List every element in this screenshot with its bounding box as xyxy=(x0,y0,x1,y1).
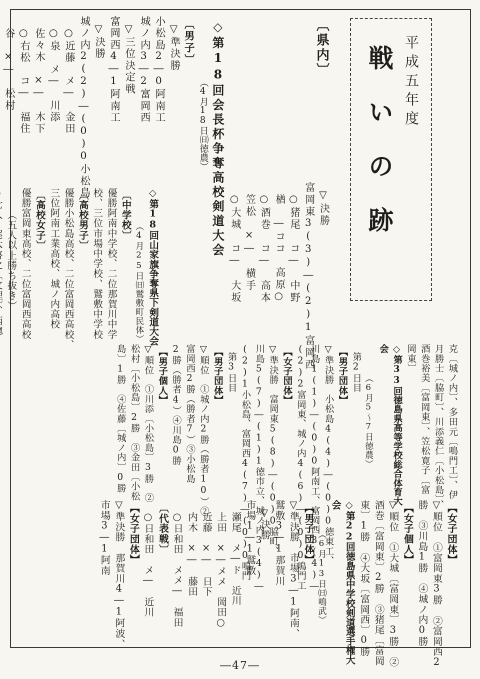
text-column: ◇第22回徳島県中学校剣道選手権大 xyxy=(342,500,356,656)
text-column: 三位阿南工業高校、城ノ内高校 xyxy=(46,188,60,334)
page-number: ―47― xyxy=(0,659,480,672)
text-column: 島〕1勝 ④佐藤〔城ノ内〕0勝 xyxy=(112,344,126,494)
text-column: (2)2富岡東、城ノ内4(6)―(0)0鳴門工 xyxy=(293,344,307,494)
text-column: 【女子団体】 xyxy=(443,500,458,656)
text-column: 川島5(7)―(1)1徳市立、城ノ内3(4)― xyxy=(251,344,265,494)
text-column: 富岡西2勝（勝者7）③小松島 xyxy=(182,344,196,494)
text-column: 酒巻〔富岡東〕2勝 ③猪尾〔富岡 xyxy=(371,500,386,656)
text-column: （6月5〜7日徳農） xyxy=(362,344,375,494)
text-column: ▽決勝 xyxy=(257,500,272,656)
text-column: ◇第33回徳島県高等学校総合体育大 xyxy=(389,344,403,494)
text-column: 東〕1勝 ④大坂〔富岡西〕0勝 xyxy=(356,500,371,656)
section-header-column: ◇第18回会長杯争奪高校剣道大会 xyxy=(209,16,226,334)
text-column: 月勝士〔脇町〕、川添義仁〔小松島〕、 xyxy=(430,344,444,494)
section-header-column: （4月18日㈰徳農） xyxy=(196,16,210,334)
text-column: 城ノ内2(2)―(0)0小松島 xyxy=(75,16,90,188)
text-column: ○泉 メ― 川添 xyxy=(45,16,60,188)
text-column: 谷 ×― 松村 xyxy=(0,16,15,188)
text-column: 内木 ×― 藤田 xyxy=(184,500,199,656)
text-column: 〔男子〕 xyxy=(181,16,196,188)
text-column: 優勝富岡東高校、二位富岡西高校 xyxy=(18,188,32,334)
text-column: 瀬尾 メ―ド 近川 xyxy=(228,500,243,656)
region-label: 〔県内〕 xyxy=(312,16,330,78)
text-column: 【女子団体】 xyxy=(279,344,293,494)
text-column: ○日和田 メメ― 福田 xyxy=(170,500,185,656)
text-column: 小松島2―0阿南工 xyxy=(151,16,166,188)
text-column: 優勝小松島高校、二位富岡西高校、 xyxy=(61,188,75,334)
page: 平成五年度 戦いの跡 〔県内〕 ▽決勝富岡東3(3)―(2)1富岡西○猪尾 コ―… xyxy=(0,0,480,679)
text-column: 【男子団体】 xyxy=(300,500,315,656)
page-content: 平成五年度 戦いの跡 〔県内〕 ▽決勝富岡東3(3)―(2)1富岡西○猪尾 コ―… xyxy=(16,16,458,641)
text-column: 川島1(1)―(0)0阿南工、富岡西3(4)― xyxy=(306,344,320,494)
text-column: ○近藤 メ― 金田 xyxy=(60,16,75,188)
results-two-tier: 〔男子〕▽準決勝小松島2―0阿南工城ノ内3―2富岡西▽三位決定戦富岡西4―1阿南… xyxy=(0,16,196,334)
kenai-and-girls-final: 〔県内〕 ▽決勝富岡東3(3)―(2)1富岡西○猪尾 コ― 中野楢 ―ココ 高原… xyxy=(226,16,330,334)
text-column: 第3日目 xyxy=(223,344,237,494)
text-column: 〔高校男子〕 xyxy=(75,188,89,334)
text-column: 第2日目 xyxy=(348,344,362,494)
text-column: 2勝（勝者4）④川島0勝 xyxy=(168,344,182,494)
text-column: 【男子団体】 xyxy=(209,344,223,494)
text-column: 楢 ―ココ 高原○ xyxy=(271,182,286,334)
text-column: ▽順位 ①大城〔富岡東〕3勝 ② xyxy=(385,500,400,656)
text-column: 富岡東3(3)―(2)1富岡西 xyxy=(300,182,315,334)
text-column: ▽三位決定戦 xyxy=(121,16,136,188)
text-column: （五人以上勝ち抜き） xyxy=(4,188,18,334)
text-column: 城ノ内3―2富岡西 xyxy=(136,16,151,188)
text-column: 上田 ×―メメ 岡田○ xyxy=(213,500,228,656)
text-column: 鷲敷3―1那賀川 xyxy=(271,500,286,656)
text-column: ▽準決勝 xyxy=(166,16,181,188)
text-column: ○大城 コ― 大坂 xyxy=(226,182,241,334)
girls-final-row: ▽決勝富岡東3(3)―(2)1富岡西○猪尾 コ― 中野楢 ―ココ 高原○○酒巻 … xyxy=(226,182,330,334)
text-column: 岡東〕 xyxy=(403,344,417,494)
text-column: 富岡西4―1阿南工 xyxy=(105,16,120,188)
text-column: ▽順位 ①川添〔小松島〕3勝 ② xyxy=(140,344,154,494)
text-column: 松村〔小松島〕2勝 ③金田〔小松 xyxy=(126,344,140,494)
text-column: ○日和田 メ― 近川 xyxy=(140,500,155,656)
text-column: 会 xyxy=(375,344,389,494)
text-column: ▽準決勝 小松島4(4)―(0)0徳東工、 xyxy=(320,344,334,494)
text-column: ▽順位 ①城ノ内2勝（勝者10）② xyxy=(196,344,210,494)
band-top: 平成五年度 戦いの跡 〔県内〕 ▽決勝富岡東3(3)―(2)1富岡西○猪尾 コ―… xyxy=(16,16,458,334)
text-column: 近藤 ×― 日下 xyxy=(199,500,214,656)
text-column: 笠松 ×― 横手 xyxy=(241,182,256,334)
tier-upper: 〔男子〕▽準決勝小松島2―0阿南工城ノ内3―2富岡西▽三位決定戦富岡西4―1阿南… xyxy=(0,16,196,188)
text-column: 【女子個人】 xyxy=(400,500,415,656)
text-column: 佐々木 ×― 木下 xyxy=(30,16,45,188)
text-column: ▽決勝 xyxy=(90,16,105,188)
text-column: 優勝阿南中学校、二位那賀川中学 xyxy=(104,188,118,334)
text-column: 市場3―1阿南 xyxy=(97,500,112,656)
era-label: 平成五年度 xyxy=(401,31,421,288)
text-column: ○酒巻 コ― 高本 xyxy=(256,182,271,334)
text-column: ▽順位 ①富岡東3勝 ②富岡西2 xyxy=(429,500,444,656)
text-column: 酒巻裕美〔富岡東〕、笠松寛子〔富 xyxy=(416,344,430,494)
title-box: 平成五年度 戦いの跡 xyxy=(350,18,432,301)
tier-lower: ◇第18回山家旗争奪県下剣道大会（4月25日㈰鷲敷町民体）〔中学校〕優勝阿南中学… xyxy=(0,188,160,334)
band-middle: 克〔城ノ内〕、多田元〔鳴門工〕、伊月勝士〔脇町〕、川添義仁〔小松島〕、酒巻裕美〔… xyxy=(16,344,458,494)
band-bottom: 【女子団体】▽順位 ①富岡東3勝 ②富岡西2勝 ③川島1勝 ④城ノ内0勝【女子個… xyxy=(16,500,458,656)
text-column: ○右松 コ― 福住 xyxy=(15,16,30,188)
text-column: ○猪尾 コ― 中野 xyxy=(286,182,301,334)
text-column: ▽準決勝 那賀川4―1阿波、 xyxy=(111,500,126,656)
text-column: （6月13日㈰鳴武） xyxy=(315,500,328,656)
text-column: 市場1―1鷲敷 xyxy=(242,500,257,656)
text-column: 【男子団体】 xyxy=(334,344,348,494)
text-column: (2)1小松島、富岡西4(7)―(0)0鳴門 xyxy=(237,344,251,494)
text-column: 〔代表戦〕 xyxy=(155,500,170,656)
text-column: 会 xyxy=(328,500,342,656)
text-column: ▽準決勝 富岡東5(8)―(0)0脇町、 xyxy=(265,344,279,494)
text-column: 校、三位市場中学校、鷲敷中学校 xyxy=(89,188,103,334)
text-column: 克〔城ノ内〕、多田元〔鳴門工〕、伊 xyxy=(444,344,458,494)
region-label-row: 〔県内〕 xyxy=(312,16,330,78)
text-column: （4月25日㈰鷲敷町民体） xyxy=(132,188,145,334)
text-column: 〔高校女子〕 xyxy=(32,188,46,334)
page-title: 戦いの跡 xyxy=(361,31,401,288)
text-column: 【女子団体】 xyxy=(126,500,141,656)
text-column: ▽準決勝 市場3―1阿南、 xyxy=(286,500,301,656)
text-column: 【男子個人】 xyxy=(154,344,168,494)
text-column: 勝 ③川島1勝 ④城ノ内0勝 xyxy=(414,500,429,656)
text-column: 〔中学校〕 xyxy=(118,188,132,334)
tournament1-header: ◇第18回会長杯争奪高校剣道大会（4月18日㈰徳農） xyxy=(196,16,227,334)
text-column: ◇第18回山家旗争奪県下剣道大会 xyxy=(145,188,159,334)
text-column: ▽決勝 xyxy=(315,182,330,334)
